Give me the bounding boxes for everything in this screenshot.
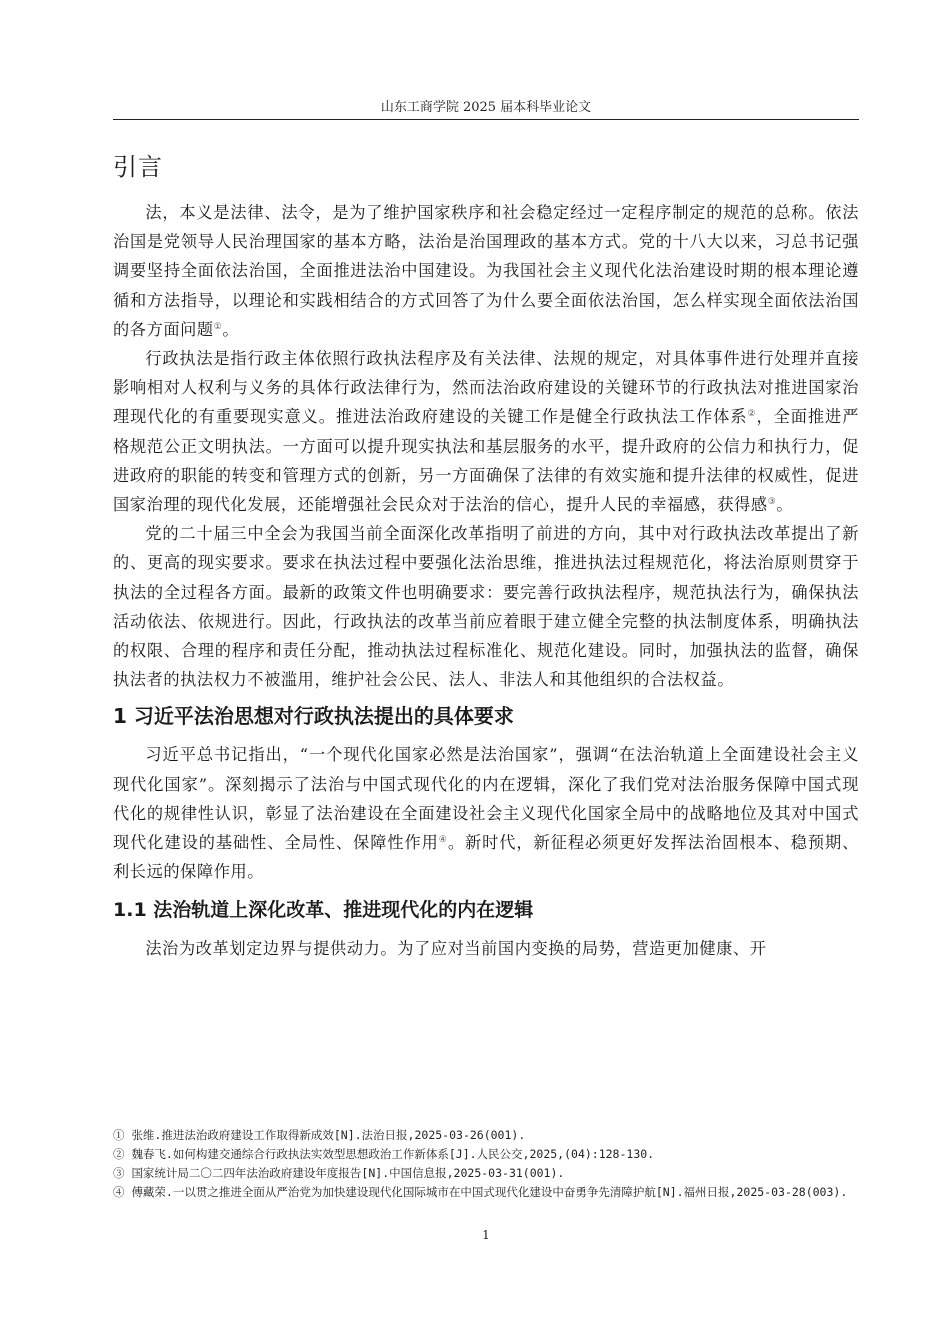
paragraph-section-1-1: 法治为改革划定边界与提供动力。为了应对当前国内变换的局势，营造更加健康、开 xyxy=(113,934,859,963)
paragraph-intro-3: 党的二十届三中全会为我国当前全面深化改革指明了前进的方向，其中对行政执法改革提出… xyxy=(113,519,859,694)
footnote-text: 傅藏荣.一以贯之推进全面从严治党为加快建设现代化国际城市在中国式现代化建设中奋勇… xyxy=(131,1185,847,1199)
footnote-4: ④ 傅藏荣.一以贯之推进全面从严治党为加快建设现代化国际城市在中国式现代化建设中… xyxy=(113,1183,859,1202)
paragraph-intro-1: 法，本义是法律、法令，是为了维护国家秩序和社会稳定经过一定程序制定的规范的总称。… xyxy=(113,198,859,344)
header-rule xyxy=(113,119,859,120)
footnote-text: 魏春飞.如何构建交通综合行政执法实效型思想政治工作新体系[J].人民公交,202… xyxy=(131,1147,654,1161)
heading-section-1-1: 1.1 法治轨道上深化改革、推进现代化的内在逻辑 xyxy=(113,894,859,926)
paragraph-intro-2: 行政执法是指行政主体依照行政执法程序及有关法律、法规的规定，对具体事件进行处理并… xyxy=(113,344,859,519)
footnote-text: 张维.推进法治政府建设工作取得新成效[N].法治日报,2025-03-26(00… xyxy=(131,1128,525,1142)
paragraph-text: 。 xyxy=(776,495,793,514)
body-text: 引言 法，本义是法律、法令，是为了维护国家秩序和社会稳定经过一定程序制定的规范的… xyxy=(113,146,859,964)
document-page: 山东工商学院 2025 届本科毕业论文 引言 法，本义是法律、法令，是为了维护国… xyxy=(0,0,950,1344)
paragraph-text: 。 xyxy=(222,320,239,339)
footnote-ref[interactable]: ④ xyxy=(439,835,448,845)
footnotes: ① 张维.推进法治政府建设工作取得新成效[N].法治日报,2025-03-26(… xyxy=(113,1126,859,1202)
footnote-text: 国家统计局二〇二四年法治政府建设年度报告[N].中国信息报,2025-03-31… xyxy=(131,1166,564,1180)
footnote-marker: ② xyxy=(113,1147,125,1161)
page-number: 1 xyxy=(0,1228,950,1242)
heading-section-1: 1 习近平法治思想对行政执法提出的具体要求 xyxy=(113,700,859,732)
paragraph-section-1: 习近平总书记指出，“一个现代化国家必然是法治国家”，强调“在法治轨道上全面建设社… xyxy=(113,740,859,886)
paragraph-text: 党的二十届三中全会为我国当前全面深化改革指明了前进的方向，其中对行政执法改革提出… xyxy=(113,524,859,689)
running-header: 山东工商学院 2025 届本科毕业论文 xyxy=(113,100,859,116)
footnote-marker: ④ xyxy=(113,1185,125,1199)
footnote-marker: ① xyxy=(113,1128,125,1142)
footnote-3: ③ 国家统计局二〇二四年法治政府建设年度报告[N].中国信息报,2025-03-… xyxy=(113,1164,859,1183)
footnote-2: ② 魏春飞.如何构建交通综合行政执法实效型思想政治工作新体系[J].人民公交,2… xyxy=(113,1145,859,1164)
footnote-marker: ③ xyxy=(113,1166,125,1180)
paragraph-text: 法，本义是法律、法令，是为了维护国家秩序和社会稳定经过一定程序制定的规范的总称。… xyxy=(113,203,859,339)
heading-intro: 引言 xyxy=(113,150,859,184)
paragraph-text: 法治为改革划定边界与提供动力。为了应对当前国内变换的局势，营造更加健康、开 xyxy=(145,939,766,958)
footnote-1: ① 张维.推进法治政府建设工作取得新成效[N].法治日报,2025-03-26(… xyxy=(113,1126,859,1145)
